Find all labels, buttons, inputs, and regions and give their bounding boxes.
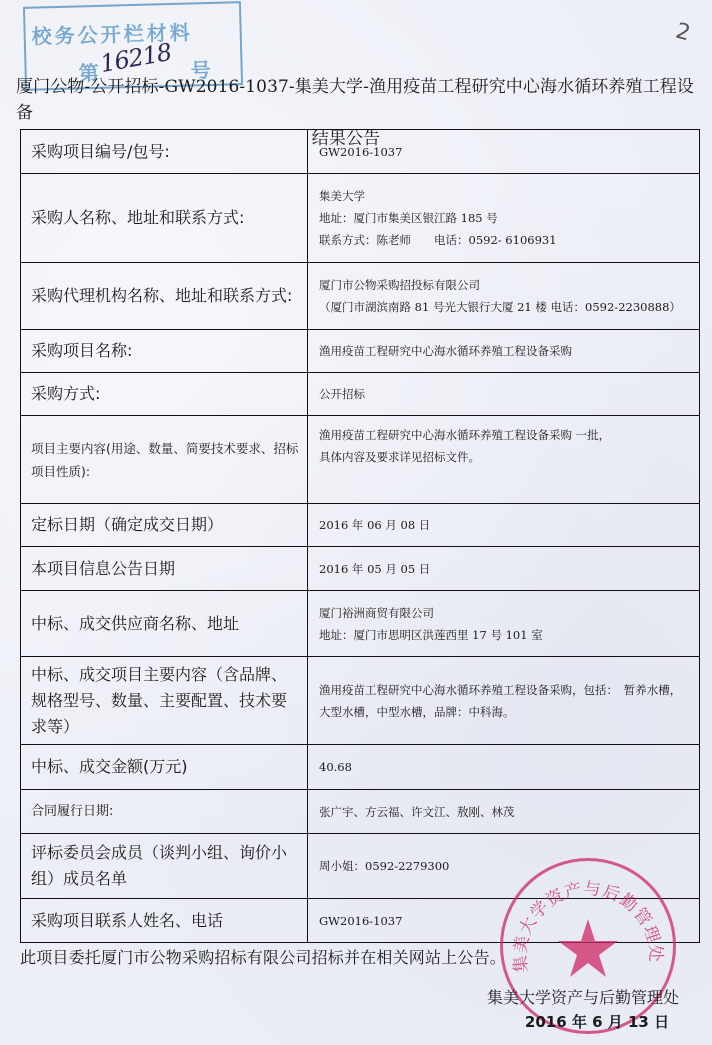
value-line: 集美大学 <box>319 185 689 207</box>
title-line-1: 厦门公物-公开招标-GW2016-1037-集美大学-渔用疫苗工程研究中心海水循… <box>16 77 694 123</box>
value-line: 公开招标 <box>319 383 689 405</box>
row-label: 项目主要内容(用途、数量、简要技术要求、招标项目性质): <box>21 416 308 504</box>
row-value: GW2016-1037 <box>308 130 700 174</box>
value-line: 具体内容及要求详见招标文件。 <box>319 446 689 468</box>
value-line: 地址：厦门市思明区洪莲西里 17 号 101 室 <box>319 624 689 646</box>
table-row-award-amount: 中标、成交金额(万元) 40.68 <box>21 745 700 790</box>
row-value: GW2016-1037 <box>308 899 700 943</box>
table-row-purchaser: 采购人名称、地址和联系方式: 集美大学 地址：厦门市集美区银江路 185 号 联… <box>21 174 700 263</box>
value-line: GW2016-1037 <box>319 141 689 163</box>
row-label: 采购项目联系人姓名、电话 <box>21 899 308 943</box>
signature-organization: 集美大学资产与后勤管理处 <box>478 986 688 1010</box>
value-line: 联系方式：陈老师 电话：0592- 6106931 <box>319 229 689 251</box>
value-line: 2016 年 06 月 08 日 <box>319 514 689 536</box>
row-value: 2016 年 05 月 05 日 <box>308 547 700 591</box>
row-value: 渔用疫苗工程研究中心海水循环养殖工程设备采购 一批， 具体内容及要求详见招标文件… <box>308 416 700 504</box>
value-line: 2016 年 05 月 05 日 <box>319 558 689 580</box>
table-row-announcement-date: 本项目信息公告日期 2016 年 05 月 05 日 <box>21 547 700 591</box>
row-value: 40.68 <box>308 745 700 790</box>
value-line: 厦门裕洲商贸有限公司 <box>319 602 689 624</box>
table-row-project-number: 采购项目编号/包号: GW2016-1037 <box>21 130 700 174</box>
table-row-award-date: 定标日期（确定成交日期） 2016 年 06 月 08 日 <box>21 504 700 547</box>
row-label: 合同履行日期: <box>21 790 308 834</box>
row-value: 厦门市公物采购招投标有限公司 （厦门市湖滨南路 81 号光大银行大厦 21 楼 … <box>308 263 700 330</box>
announcement-table: 采购项目编号/包号: GW2016-1037 采购人名称、地址和联系方式: 集美… <box>20 129 700 943</box>
value-line: 渔用疫苗工程研究中心海水循环养殖工程设备采购 <box>319 340 689 362</box>
value-line: GW2016-1037 <box>319 910 689 932</box>
value-line: 周小姐：0592-2279300 <box>319 855 689 877</box>
row-label: 采购项目编号/包号: <box>21 130 308 174</box>
value-line: 地址：厦门市集美区银江路 185 号 <box>319 207 689 229</box>
value-line: 渔用疫苗工程研究中心海水循环养殖工程设备采购 一批， <box>319 424 689 446</box>
row-label: 采购方式: <box>21 373 308 416</box>
row-label: 中标、成交项目主要内容（含品牌、规格型号、数量、主要配置、技术要求等） <box>21 657 308 745</box>
table-row-contact: 采购项目联系人姓名、电话 GW2016-1037 <box>21 899 700 943</box>
row-value: 厦门裕洲商贸有限公司 地址：厦门市思明区洪莲西里 17 号 101 室 <box>308 591 700 657</box>
row-label: 采购代理机构名称、地址和联系方式: <box>21 263 308 330</box>
value-line: 渔用疫苗工程研究中心海水循环养殖工程设备采购，包括： 暂养水槽，大型水槽，中型水… <box>319 679 689 723</box>
row-label: 中标、成交供应商名称、地址 <box>21 591 308 657</box>
signature-block: 集美大学资产与后勤管理处 2016 年 6 月 13 日 <box>478 986 688 1034</box>
table-row-supplier: 中标、成交供应商名称、地址 厦门裕洲商贸有限公司 地址：厦门市思明区洪莲西里 1… <box>21 591 700 657</box>
footer-note: 此项目委托厦门市公物采购招标有限公司招标并在相关网站上公告。 <box>20 945 506 968</box>
table-row-procurement-method: 采购方式: 公开招标 <box>21 373 700 416</box>
value-line: 40.68 <box>319 756 689 778</box>
table-row-committee: 评标委员会成员（谈判小组、询价小组）成员名单 周小姐：0592-2279300 <box>21 834 700 899</box>
row-label: 定标日期（确定成交日期） <box>21 504 308 547</box>
row-label: 本项目信息公告日期 <box>21 547 308 591</box>
row-value: 渔用疫苗工程研究中心海水循环养殖工程设备采购 <box>308 330 700 373</box>
table-row-agency: 采购代理机构名称、地址和联系方式: 厦门市公物采购招投标有限公司 （厦门市湖滨南… <box>21 263 700 330</box>
table-row-contract-date: 合同履行日期: 张广宇、方云福、许文江、敖刚、林茂 <box>21 790 700 834</box>
row-value: 公开招标 <box>308 373 700 416</box>
table-row-project-name: 采购项目名称: 渔用疫苗工程研究中心海水循环养殖工程设备采购 <box>21 330 700 373</box>
value-line: （厦门市湖滨南路 81 号光大银行大厦 21 楼 电话：0592-2230888… <box>319 296 689 318</box>
row-value: 张广宇、方云福、许文江、敖刚、林茂 <box>308 790 700 834</box>
row-label: 采购人名称、地址和联系方式: <box>21 174 308 263</box>
row-value: 2016 年 06 月 08 日 <box>308 504 700 547</box>
row-value: 渔用疫苗工程研究中心海水循环养殖工程设备采购，包括： 暂养水槽，大型水槽，中型水… <box>308 657 700 745</box>
table-row-award-content: 中标、成交项目主要内容（含品牌、规格型号、数量、主要配置、技术要求等） 渔用疫苗… <box>21 657 700 745</box>
row-value: 周小姐：0592-2279300 <box>308 834 700 899</box>
row-label: 采购项目名称: <box>21 330 308 373</box>
row-label: 评标委员会成员（谈判小组、询价小组）成员名单 <box>21 834 308 899</box>
row-value: 集美大学 地址：厦门市集美区银江路 185 号 联系方式：陈老师 电话：0592… <box>308 174 700 263</box>
row-label: 中标、成交金额(万元) <box>21 745 308 790</box>
signature-date: 2016 年 6 月 13 日 <box>478 1010 688 1034</box>
value-line: 厦门市公物采购招投标有限公司 <box>319 274 689 296</box>
table-row-main-content: 项目主要内容(用途、数量、简要技术要求、招标项目性质): 渔用疫苗工程研究中心海… <box>21 416 700 504</box>
value-line: 张广宇、方云福、许文江、敖刚、林茂 <box>319 801 689 823</box>
